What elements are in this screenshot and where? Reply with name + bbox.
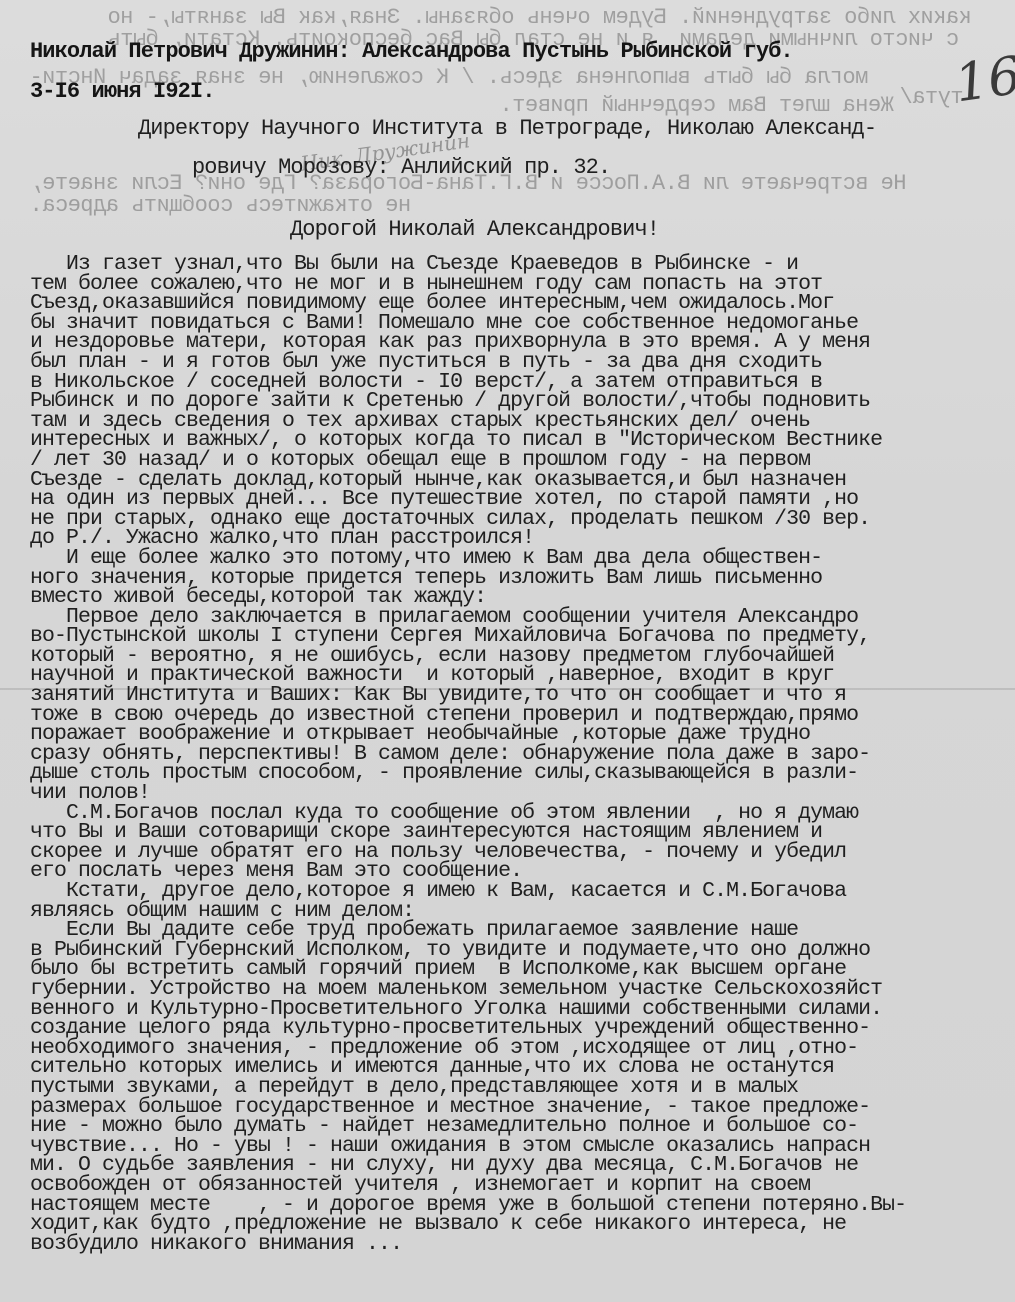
letter-body: Из газет узнал,что Вы были на Съезде Кра…: [30, 255, 906, 1254]
sender-header: Николай Петрович Дружинин: Александрова …: [30, 40, 793, 64]
letter-page: каких либо затруднений. Будем очень обяз…: [0, 0, 1015, 1302]
body-line: дыше столь простым способом, - проявлени…: [30, 764, 906, 784]
recipient-address-line-2: ровичу Морозову: Анлийский пр. 32.: [192, 156, 610, 180]
recipient-address-line-1: Директору Научного Института в Петроград…: [138, 117, 876, 141]
body-line: возбудило никакого внимания ...: [30, 1235, 906, 1255]
bleed-through-line: Жена шлет Вам сердечный привет.: [500, 94, 894, 118]
bleed-through-line: не откажитесь сообщить адреса.: [30, 194, 411, 218]
salutation: Дорогой Николай Александрович!: [290, 218, 659, 242]
bleed-through-line: тута/: [900, 86, 964, 110]
letter-date: 3-I6 июня I92I.: [30, 80, 215, 104]
handwritten-page-number: 16: [951, 46, 1015, 115]
